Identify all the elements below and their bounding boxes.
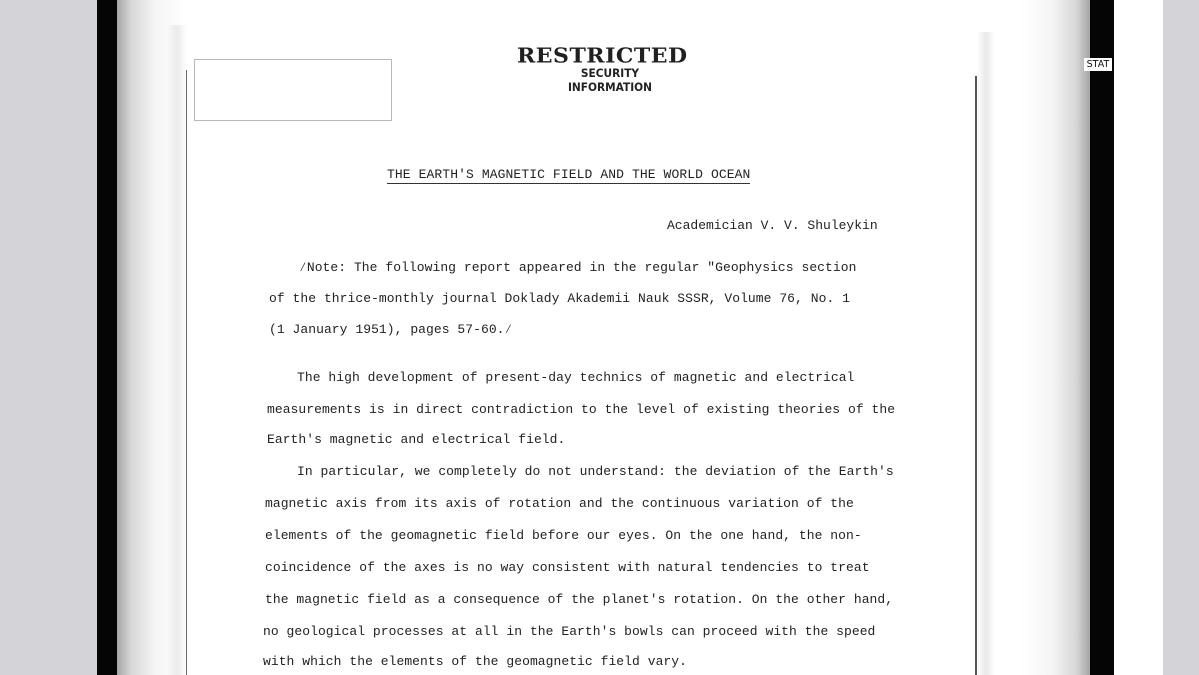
paragraph-line: Earth's magnetic and electrical field. bbox=[267, 432, 565, 447]
scan-noise-right bbox=[1020, 0, 1090, 675]
classification-stamp: RESTRICTED SECURITY INFORMATION bbox=[517, 44, 677, 94]
redaction-box bbox=[194, 59, 392, 121]
paragraph-line: coincidence of the axes is no way consis… bbox=[265, 560, 870, 575]
scan-shadow-left bbox=[167, 25, 187, 675]
note-line: of the thrice-monthly journal Doklady Ak… bbox=[269, 291, 850, 306]
document-page: RESTRICTED SECURITY INFORMATION THE EART… bbox=[117, 0, 1090, 675]
paragraph-line: the magnetic field as a consequence of t… bbox=[265, 592, 893, 607]
document-title: THE EARTH'S MAGNETIC FIELD AND THE WORLD… bbox=[387, 167, 750, 184]
stat-margin-label: STAT bbox=[1084, 58, 1112, 71]
paragraph-line: In particular, we completely do not unde… bbox=[297, 464, 894, 479]
paragraph-line: The high development of present-day tech… bbox=[297, 370, 854, 385]
right-margin bbox=[1114, 0, 1163, 675]
paragraph-line: no geological processes at all in the Ea… bbox=[263, 624, 875, 639]
document-author: Academician V. V. Shuleykin bbox=[667, 218, 878, 233]
paragraph-line: magnetic axis from its axis of rotation … bbox=[265, 496, 854, 511]
page-edge-line-left bbox=[186, 70, 187, 675]
paragraph-line: with which the elements of the geomagnet… bbox=[263, 654, 687, 669]
scan-shadow-right bbox=[977, 32, 995, 675]
stamp-security-information: SECURITY INFORMATION bbox=[548, 66, 671, 94]
scan-border-left bbox=[97, 0, 117, 675]
stamp-restricted: RESTRICTED bbox=[517, 45, 677, 68]
page-edge-line-right bbox=[975, 76, 977, 675]
note-line: (1 January 1951), pages 57-60.∕ bbox=[269, 322, 512, 337]
paragraph-line: elements of the geomagnetic field before… bbox=[265, 528, 862, 543]
scan-border-right bbox=[1090, 0, 1114, 675]
paragraph-line: measurements is in direct contradiction … bbox=[267, 402, 895, 417]
note-line: ∕Note: The following report appeared in … bbox=[299, 260, 856, 275]
